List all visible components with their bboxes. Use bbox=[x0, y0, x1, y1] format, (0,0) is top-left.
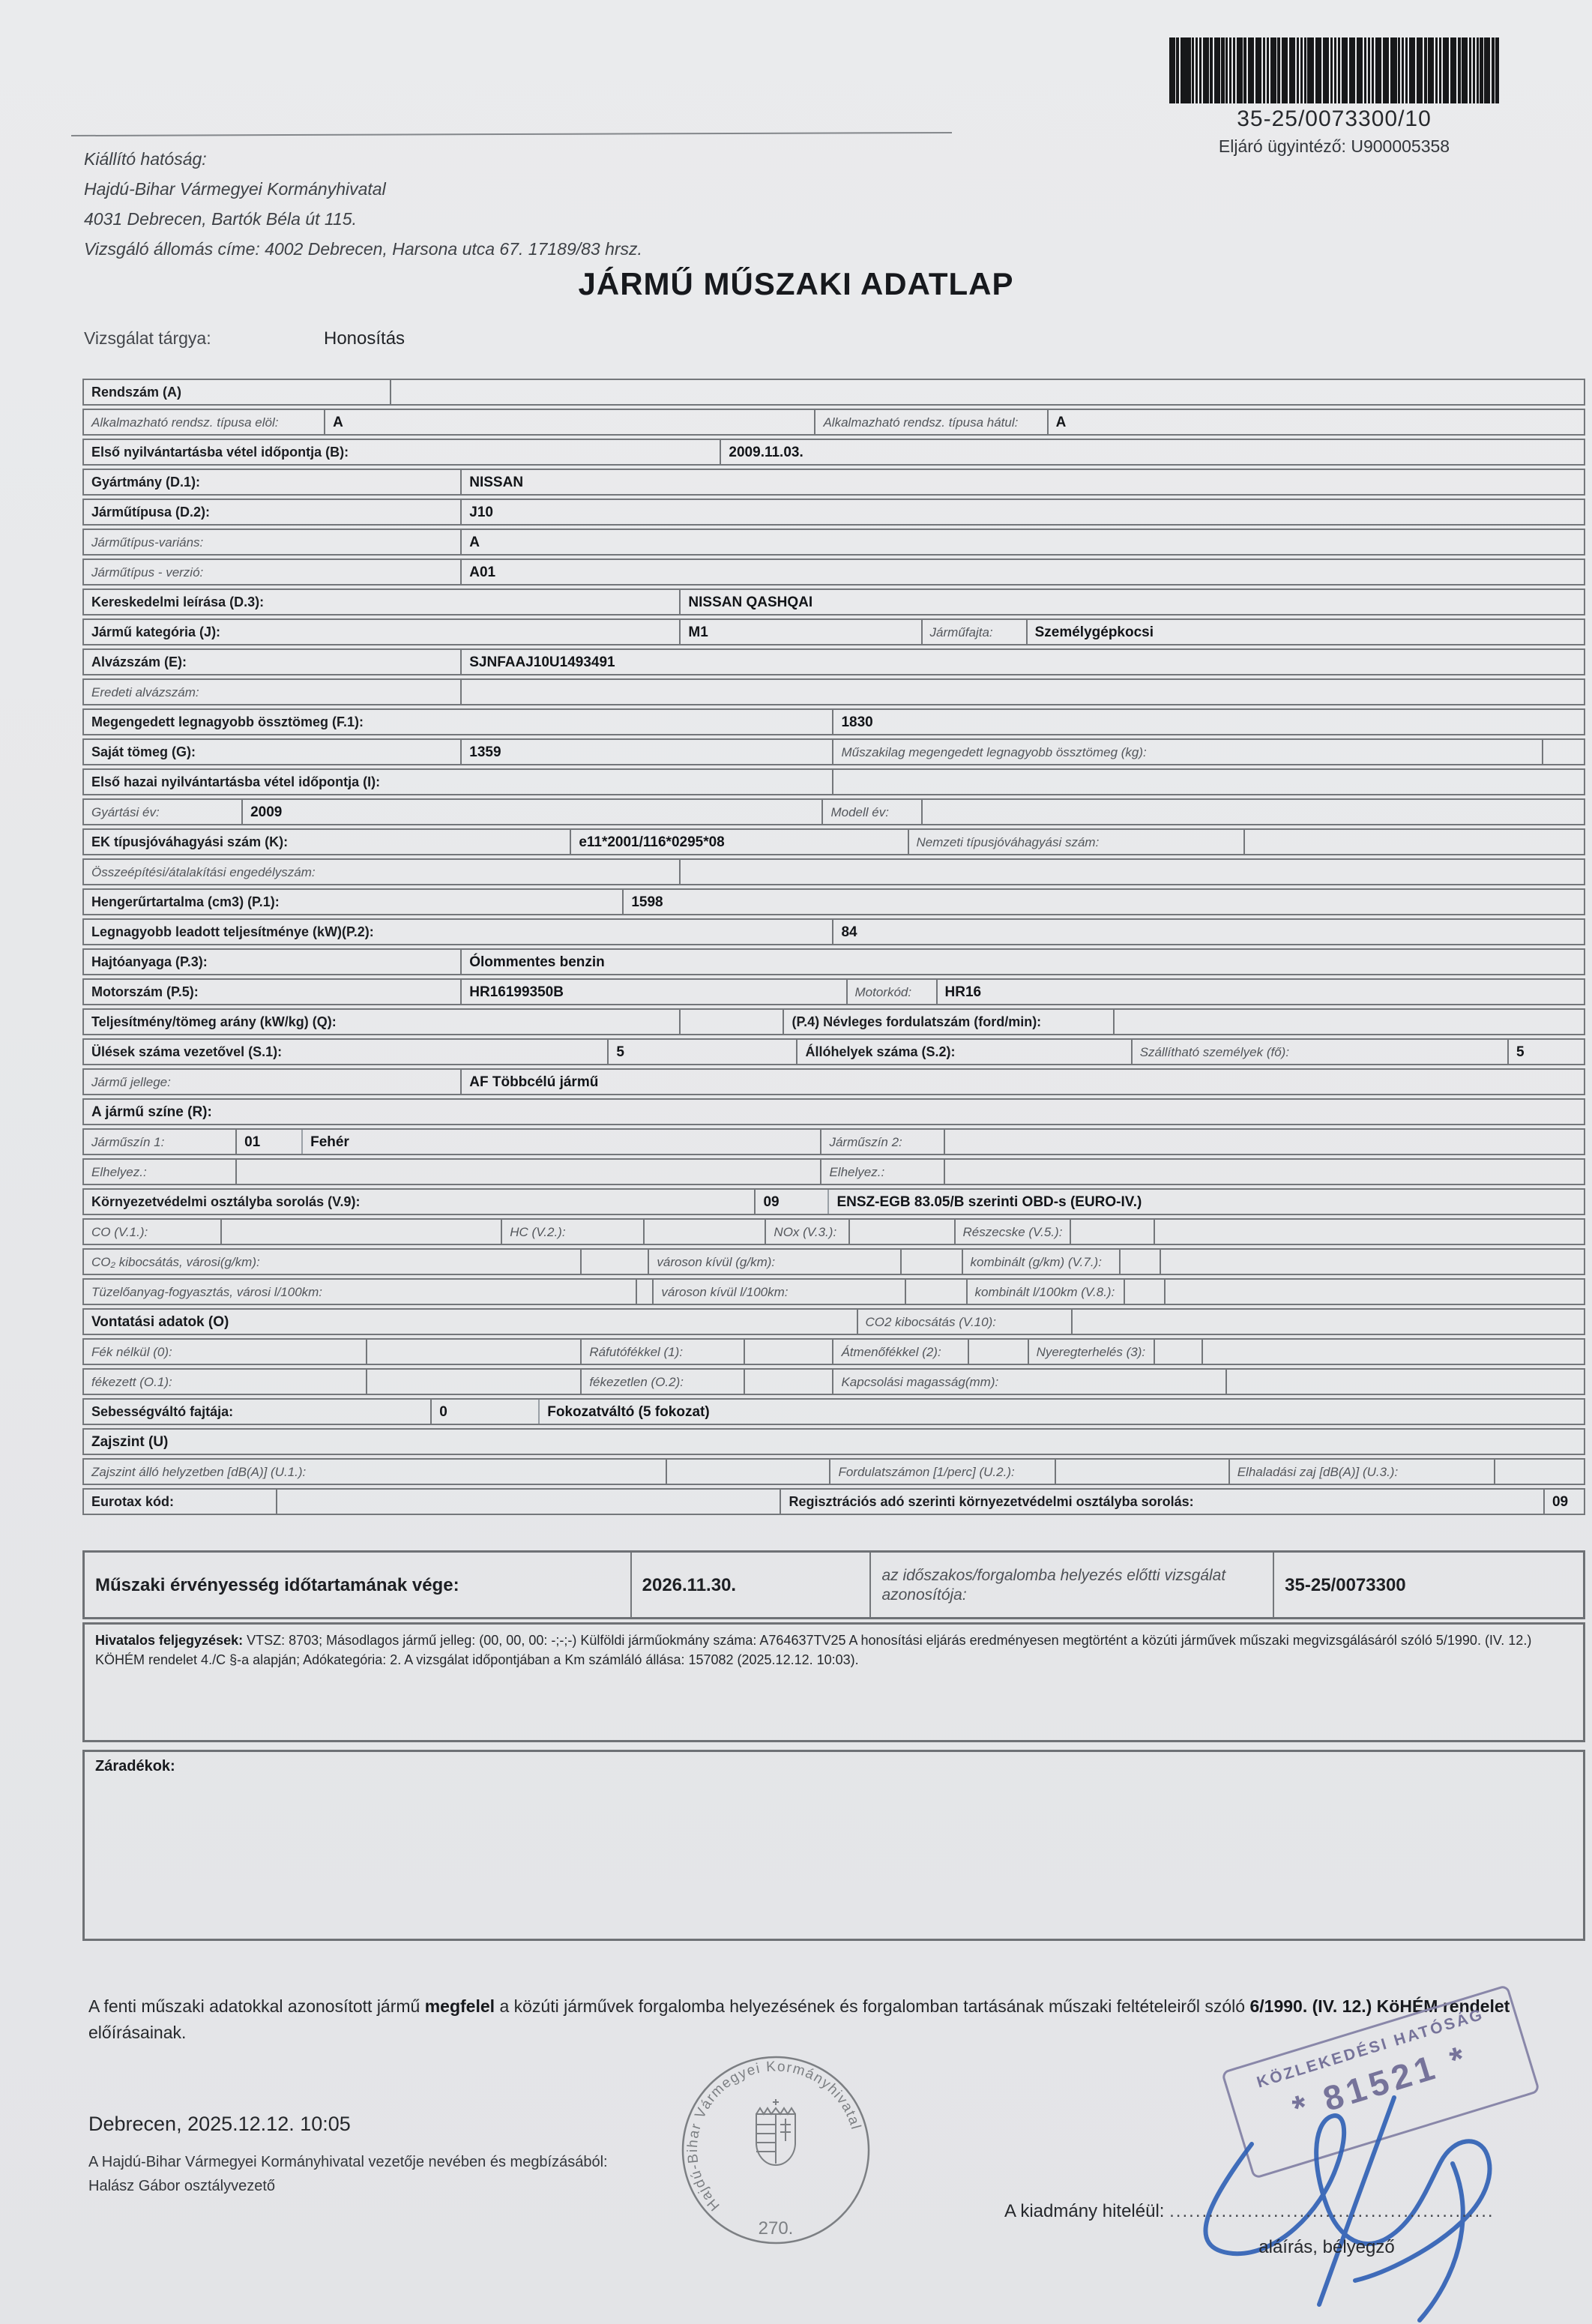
nevleges-fordulat-value bbox=[1113, 1010, 1584, 1034]
max-telj-value: 84 bbox=[832, 920, 1584, 944]
tipus-elol-value: A bbox=[324, 410, 814, 434]
exam-id-label: az időszakos/forgalomba helyezés előtti … bbox=[869, 1553, 1273, 1617]
official-notes-block: Hivatalos feljegyzések: VTSZ: 8703; Máso… bbox=[82, 1622, 1585, 1742]
round-seal-stamp: Hajdú-Bihar Vármegyei Kormányhivatal 270… bbox=[671, 2045, 881, 2255]
elhelyez2-value bbox=[944, 1160, 1584, 1184]
row-max-teljesitmeny: Legnagyobb leadott teljesítménye (kW)(P.… bbox=[82, 918, 1585, 945]
scanned-vehicle-datasheet: Kiállító hatóság: Hajdú-Bihar Vármegyei … bbox=[0, 0, 1592, 2324]
reszecske-label: Részecske (V.5.): bbox=[954, 1220, 1070, 1244]
sajat-tomeg-value: 1359 bbox=[460, 740, 832, 764]
row-szin-header: A jármű színe (R): bbox=[82, 1098, 1585, 1125]
rafutofek-label: Ráfutófékkel (1): bbox=[580, 1340, 744, 1364]
vehicle-data-table: Rendszám (A) Alkalmazható rendsz. típusa… bbox=[82, 379, 1585, 1518]
vontatas-header-label: Vontatási adatok (O) bbox=[84, 1310, 857, 1334]
max-telj-label: Legnagyobb leadott teljesítménye (kW)(P.… bbox=[84, 920, 832, 944]
row-elhelyez: Elhelyez.: Elhelyez.: bbox=[82, 1158, 1585, 1185]
row-fekezett: fékezett (O.1): fékezetlen (O.2): Kapcso… bbox=[82, 1368, 1585, 1395]
exam-subject-label: Vizsgálat tárgya: bbox=[84, 328, 211, 348]
hc-label: HC (V.2.): bbox=[501, 1220, 643, 1244]
co2-kivul-value bbox=[900, 1250, 962, 1274]
fek-nelkul-label: Fék nélkül (0): bbox=[84, 1340, 366, 1364]
official-notes-text: VTSZ: 8703; Másodlagos jármű jelleg: (00… bbox=[95, 1633, 1531, 1667]
varians-value: A bbox=[460, 530, 1584, 554]
row-eredeti-alvazszam: Eredeti alvázszám: bbox=[82, 678, 1585, 705]
nox-label: NOx (V.3.): bbox=[765, 1220, 848, 1244]
elhelyez1-label: Elhelyez.: bbox=[84, 1160, 235, 1184]
station-address: Vizsgáló állomás címe: 4002 Debrecen, Ha… bbox=[84, 234, 642, 264]
statement-part1: A fenti műszaki adatokkal azonosított já… bbox=[88, 1996, 425, 2016]
ulesek-label: Ülések száma vezetővel (S.1): bbox=[84, 1040, 607, 1064]
validity-label: Műszaki érvényesség időtartamának vége: bbox=[85, 1553, 630, 1617]
row-alvazszam: Alvázszám (E): SJNFAAJ10U1493491 bbox=[82, 648, 1585, 675]
co2-v10-value bbox=[1071, 1310, 1584, 1334]
co2-empty bbox=[1160, 1250, 1584, 1274]
szallithato-value: 5 bbox=[1507, 1040, 1584, 1064]
reszecske-value bbox=[1070, 1220, 1154, 1244]
rendszam-label: Rendszám (A) bbox=[84, 380, 390, 404]
elhelyez1-value bbox=[235, 1160, 820, 1184]
co2-varosi-label: CO₂ kibocsátás, városi(g/km): bbox=[84, 1250, 580, 1274]
gyartmany-label: Gyártmány (D.1): bbox=[84, 470, 460, 494]
verzio-label: Járműtípus - verzió: bbox=[84, 560, 460, 584]
motorszam-value: HR16199350B bbox=[460, 980, 845, 1004]
ek-szam-value: e11*2001/116*0295*08 bbox=[570, 830, 907, 854]
keresk-label: Kereskedelmi leírása (D.3): bbox=[84, 590, 679, 614]
signer-block: A Hajdú-Bihar Vármegyei Kormányhivatal v… bbox=[88, 2150, 608, 2198]
signature-caption: aláírás, bélyegző bbox=[1169, 2237, 1484, 2258]
nevleges-fordulat-label: (P.4) Névleges fordulatszám (ford/min): bbox=[783, 1010, 1112, 1034]
row-hengerurtartalom: Hengerűrtartalma (cm3) (P.1): 1598 bbox=[82, 888, 1585, 915]
kategoria-label: Jármű kategória (J): bbox=[84, 620, 679, 644]
zajszint-allo-label: Zajszint álló helyzetben [dB(A)] (U.1.): bbox=[84, 1460, 666, 1484]
row-osszeepitesi: Összeépítési/átalakítási engedélyszám: bbox=[82, 858, 1585, 885]
row-emisszio: CO (V.1.): HC (V.2.): NOx (V.3.): Részec… bbox=[82, 1218, 1585, 1245]
nox-value bbox=[848, 1220, 953, 1244]
row-co2: CO₂ kibocsátás, városi(g/km): városon kí… bbox=[82, 1248, 1585, 1275]
compliance-statement: A fenti műszaki adatokkal azonosított já… bbox=[88, 1993, 1528, 2045]
szin1-label: Járműszín 1: bbox=[84, 1130, 235, 1154]
jarmutipus-value: J10 bbox=[460, 500, 1584, 524]
verzio-value: A01 bbox=[460, 560, 1584, 584]
row-kereskedelmi: Kereskedelmi leírása (D.3): NISSAN QASHQ… bbox=[82, 588, 1585, 615]
gyartasi-ev-label: Gyártási év: bbox=[84, 800, 241, 824]
muszaki-ossztomeg-value bbox=[1542, 740, 1584, 764]
attest-label: A kiadmány hiteléül: bbox=[1004, 2201, 1164, 2221]
seal-number: 270. bbox=[759, 2218, 794, 2239]
row-zajszint-header: Zajszint (U) bbox=[82, 1428, 1585, 1455]
row-ulesek: Ülések száma vezetővel (S.1): 5 Állóhely… bbox=[82, 1038, 1585, 1065]
co2-varosi-value bbox=[580, 1250, 648, 1274]
hc-value bbox=[643, 1220, 765, 1244]
nyeregterheles-label: Nyeregterhelés (3): bbox=[1028, 1340, 1154, 1364]
row-hajtoanyag: Hajtóanyaga (P.3): Ólommentes benzin bbox=[82, 948, 1585, 975]
hajtoanyag-value: Ólommentes benzin bbox=[460, 950, 1584, 974]
sebvalto-leiras: Fokozatváltó (5 fokozat) bbox=[538, 1400, 1584, 1424]
co-value bbox=[220, 1220, 501, 1244]
kornyezet-kod: 09 bbox=[754, 1190, 827, 1214]
coat-of-arms-icon bbox=[756, 2099, 795, 2165]
osszeepitesi-label: Összeépítési/átalakítási engedélyszám: bbox=[84, 860, 679, 884]
row-szin1: Járműszín 1: 01 Fehér Járműszín 2: bbox=[82, 1128, 1585, 1155]
sebvalto-label: Sebességváltó fajtája: bbox=[84, 1400, 430, 1424]
ossztomeg-value: 1830 bbox=[832, 710, 1584, 734]
elso-hazai-value bbox=[832, 770, 1584, 794]
eredeti-alvaz-value bbox=[460, 680, 1584, 704]
muszaki-ossztomeg-label: Műszakilag megengedett legnagyobb össztö… bbox=[832, 740, 1541, 764]
issue-date-line: Debrecen, 2025.12.12. 10:05 bbox=[88, 2113, 351, 2136]
jelleg-value: AF Többcélú jármű bbox=[460, 1070, 1584, 1094]
hengerur-value: 1598 bbox=[622, 890, 1584, 914]
row-jarmutipus: Járműtípusa (D.2): J10 bbox=[82, 499, 1585, 526]
row-elso-nyilvantartas: Első nyilvántartásba vétel időpontja (B)… bbox=[82, 439, 1585, 466]
szin1-kod: 01 bbox=[235, 1130, 301, 1154]
fogyasztas-varosi-label: Tüzelőanyag-fogyasztás, városi l/100km: bbox=[84, 1280, 636, 1304]
kornyezet-label: Környezetvédelmi osztályba sorolás (V.9)… bbox=[84, 1190, 754, 1214]
osszeepitesi-value bbox=[679, 860, 1584, 884]
behalf-line: A Hajdú-Bihar Vármegyei Kormányhivatal v… bbox=[88, 2150, 608, 2174]
barcode-number: 35-25/0073300/10 bbox=[1166, 106, 1503, 132]
rafutofek-value bbox=[744, 1340, 832, 1364]
alvazszam-value: SJNFAAJ10U1493491 bbox=[460, 650, 1584, 674]
validity-value: 2026.11.30. bbox=[630, 1553, 870, 1617]
barcode-block: 35-25/0073300/10 Eljáró ügyintéző: U9000… bbox=[1166, 37, 1503, 157]
row-vontatas: Vontatási adatok (O) CO2 kibocsátás (V.1… bbox=[82, 1308, 1585, 1335]
fek-nelkul-value bbox=[366, 1340, 580, 1364]
hajtoanyag-label: Hajtóanyaga (P.3): bbox=[84, 950, 460, 974]
fekezetlen-value bbox=[744, 1370, 832, 1394]
row-sajat-tomeg: Saját tömeg (G): 1359 Műszakilag megenge… bbox=[82, 738, 1585, 765]
motorkod-value: HR16 bbox=[936, 980, 1584, 1004]
co2-kombinalt-label: kombinált (g/km) (V.7.): bbox=[962, 1250, 1119, 1274]
eredeti-alvaz-label: Eredeti alvázszám: bbox=[84, 680, 460, 704]
jarmufajta-label: Járműfajta: bbox=[921, 620, 1026, 644]
fogyasztas-varosi-value bbox=[636, 1280, 652, 1304]
official-notes-label: Hivatalos feljegyzések: bbox=[95, 1633, 243, 1648]
elhelyez2-label: Elhelyez.: bbox=[820, 1160, 943, 1184]
kornyezet-leiras: ENSZ-EGB 83.05/B szerinti OBD-s (EURO-IV… bbox=[827, 1190, 1584, 1214]
row-gyartmany: Gyártmány (D.1): NISSAN bbox=[82, 469, 1585, 496]
row-zajszint: Zajszint álló helyzetben [dB(A)] (U.1.):… bbox=[82, 1458, 1585, 1485]
attest-line: A kiadmány hiteléül: ...................… bbox=[1004, 2201, 1495, 2222]
validity-block: Műszaki érvényesség időtartamának vége: … bbox=[82, 1550, 1585, 1619]
atmenofek-value bbox=[968, 1340, 1028, 1364]
row-rendszam: Rendszám (A) bbox=[82, 379, 1585, 406]
clauses-block: Záradékok: bbox=[82, 1750, 1585, 1941]
szin-header-label: A jármű színe (R): bbox=[84, 1100, 1584, 1124]
jarmutipus-label: Járműtípusa (D.2): bbox=[84, 500, 460, 524]
sebvalto-kod: 0 bbox=[430, 1400, 538, 1424]
row-sebessegvalto: Sebességváltó fajtája: 0 Fokozatváltó (5… bbox=[82, 1398, 1585, 1425]
header-divider bbox=[71, 132, 952, 136]
row-fogyasztas: Tüzelőanyag-fogyasztás, városi l/100km: … bbox=[82, 1278, 1585, 1305]
kategoria-value: M1 bbox=[679, 620, 920, 644]
eurotax-value bbox=[276, 1490, 780, 1514]
row-motorszam: Motorszám (P.5): HR16199350B Motorkód: H… bbox=[82, 978, 1585, 1005]
telj-tomeg-value bbox=[679, 1010, 783, 1034]
nyeregterheles-value bbox=[1154, 1340, 1201, 1364]
fogyasztas-kivul-label: városon kívül l/100km: bbox=[652, 1280, 904, 1304]
row-ek-tipusjovahagyas: EK típusjóváhagyási szám (K): e11*2001/1… bbox=[82, 828, 1585, 855]
ulesek-value: 5 bbox=[607, 1040, 796, 1064]
zajszint-header-label: Zajszint (U) bbox=[84, 1430, 1584, 1454]
signer-name: Halász Gábor osztályvezető bbox=[88, 2174, 608, 2198]
motorszam-label: Motorszám (P.5): bbox=[84, 980, 460, 1004]
exam-subject-row: Vizsgálat tárgya: Honosítás bbox=[84, 328, 211, 349]
statement-part3: előírásainak. bbox=[88, 2023, 186, 2042]
issuer-label: Kiállító hatóság: bbox=[84, 144, 642, 174]
row-varians: Járműtípus-variáns: A bbox=[82, 529, 1585, 556]
eurotax-label: Eurotax kód: bbox=[84, 1490, 276, 1514]
szin2-value bbox=[944, 1130, 1584, 1154]
telj-tomeg-label: Teljesítmény/tömeg arány (kW/kg) (Q): bbox=[84, 1010, 679, 1034]
motorkod-label: Motorkód: bbox=[846, 980, 936, 1004]
issuer-address: 4031 Debrecen, Bartók Béla út 115. bbox=[84, 204, 642, 234]
szallithato-label: Szállítható személyek (fő): bbox=[1131, 1040, 1507, 1064]
tipus-hatul-value: A bbox=[1047, 410, 1584, 434]
co2-kivul-label: városon kívül (g/km): bbox=[648, 1250, 899, 1274]
rendszam-value bbox=[390, 380, 1584, 404]
allohelyek-label: Állóhelyek száma (S.2): bbox=[796, 1040, 1130, 1064]
row-verzio: Járműtípus - verzió: A01 bbox=[82, 559, 1585, 585]
fogyasztas-kombinalt-value bbox=[1124, 1280, 1164, 1304]
modell-ev-value bbox=[921, 800, 1584, 824]
jarmufajta-value: Személygépkocsi bbox=[1026, 620, 1584, 644]
co2-v10-label: CO2 kibocsátás (V.10): bbox=[857, 1310, 1071, 1334]
nemzeti-szam-value bbox=[1243, 830, 1584, 854]
case-officer-value: U900005358 bbox=[1351, 136, 1450, 156]
emisszio-empty bbox=[1154, 1220, 1584, 1244]
exam-subject-value: Honosítás bbox=[324, 328, 405, 349]
gyartasi-ev-value: 2009 bbox=[241, 800, 821, 824]
case-officer-label: Eljáró ügyintéző: bbox=[1219, 136, 1346, 156]
issuer-block: Kiállító hatóság: Hajdú-Bihar Vármegyei … bbox=[84, 144, 642, 264]
kapcsolasi-magassag-value bbox=[1225, 1370, 1584, 1394]
clauses-label: Záradékok: bbox=[95, 1758, 175, 1774]
row-kategoria: Jármű kategória (J): M1 Járműfajta: Szem… bbox=[82, 618, 1585, 645]
row-jelleg: Jármű jellege: AF Többcélú jármű bbox=[82, 1068, 1585, 1095]
szin1-nev: Fehér bbox=[301, 1130, 820, 1154]
varians-label: Járműtípus-variáns: bbox=[84, 530, 460, 554]
hengerur-label: Hengerűrtartalma (cm3) (P.1): bbox=[84, 890, 622, 914]
row-kornyezetvedelmi: Környezetvédelmi osztályba sorolás (V.9)… bbox=[82, 1188, 1585, 1215]
regado-label: Regisztrációs adó szerinti környezetvéde… bbox=[780, 1490, 1543, 1514]
page-title: JÁRMŰ MŰSZAKI ADATLAP bbox=[0, 266, 1592, 302]
fordulatszamon-value bbox=[1055, 1460, 1228, 1484]
row-teljesitmeny-tomeg: Teljesítmény/tömeg arány (kW/kg) (Q): (P… bbox=[82, 1008, 1585, 1035]
regado-value: 09 bbox=[1543, 1490, 1584, 1514]
statement-bold-megfelel: megfelel bbox=[425, 1996, 495, 2016]
ek-szam-label: EK típusjóváhagyási szám (K): bbox=[84, 830, 570, 854]
atmenofek-label: Átmenőfékkel (2): bbox=[832, 1340, 967, 1364]
tipus-hatul-label: Alkalmazható rendsz. típusa hátul: bbox=[814, 410, 1046, 434]
attest-dotted-line: ........................................… bbox=[1169, 2201, 1494, 2221]
fekezett-label: fékezett (O.1): bbox=[84, 1370, 366, 1394]
row-eurotax: Eurotax kód: Regisztrációs adó szerinti … bbox=[82, 1488, 1585, 1515]
row-fek: Fék nélkül (0): Ráfutófékkel (1): Átmenő… bbox=[82, 1338, 1585, 1365]
row-ossztomeg: Megengedett legnagyobb össztömeg (F.1): … bbox=[82, 708, 1585, 735]
row-gyartasi-ev: Gyártási év: 2009 Modell év: bbox=[82, 798, 1585, 825]
jelleg-label: Jármű jellege: bbox=[84, 1070, 460, 1094]
row-elso-hazai: Első hazai nyilvántartásba vétel időpont… bbox=[82, 768, 1585, 795]
case-officer-line: Eljáró ügyintéző: U900005358 bbox=[1166, 136, 1503, 157]
fordulatszamon-label: Fordulatszámon [1/perc] (U.2.): bbox=[829, 1460, 1054, 1484]
keresk-value: NISSAN QASHQAI bbox=[679, 590, 1584, 614]
fekezetlen-label: fékezetlen (O.2): bbox=[580, 1370, 744, 1394]
nemzeti-szam-label: Nemzeti típusjóváhagyási szám: bbox=[908, 830, 1243, 854]
row-rendszam-tipus: Alkalmazható rendsz. típusa elöl: A Alka… bbox=[82, 409, 1585, 436]
zajszint-allo-value bbox=[666, 1460, 829, 1484]
issuer-name: Hajdú-Bihar Vármegyei Kormányhivatal bbox=[84, 174, 642, 204]
statement-part2: a közúti járművek forgalomba helyezéséne… bbox=[495, 1996, 1249, 2016]
fogyasztas-empty bbox=[1164, 1280, 1588, 1304]
gyartmany-value: NISSAN bbox=[460, 470, 1584, 494]
modell-ev-label: Modell év: bbox=[821, 800, 920, 824]
sajat-tomeg-label: Saját tömeg (G): bbox=[84, 740, 460, 764]
co-label: CO (V.1.): bbox=[84, 1220, 220, 1244]
elso-nyilv-label: Első nyilvántartásba vétel időpontja (B)… bbox=[84, 440, 720, 464]
elso-hazai-label: Első hazai nyilvántartásba vétel időpont… bbox=[84, 770, 832, 794]
ossztomeg-label: Megengedett legnagyobb össztömeg (F.1): bbox=[84, 710, 832, 734]
co2-kombinalt-value bbox=[1119, 1250, 1160, 1274]
fogyasztas-kivul-value bbox=[905, 1280, 966, 1304]
exam-id-value: 35-25/0073300 bbox=[1273, 1553, 1583, 1617]
kapcsolasi-magassag-label: Kapcsolási magasság(mm): bbox=[832, 1370, 1225, 1394]
elso-nyilv-value: 2009.11.03. bbox=[720, 440, 1584, 464]
fogyasztas-kombinalt-label: kombinált l/100km (V.8.): bbox=[966, 1280, 1124, 1304]
elhaladasi-zaj-value bbox=[1494, 1460, 1584, 1484]
szin2-label: Járműszín 2: bbox=[820, 1130, 943, 1154]
fek-empty bbox=[1201, 1340, 1584, 1364]
barcode-image bbox=[1169, 37, 1499, 103]
alvazszam-label: Alvázszám (E): bbox=[84, 650, 460, 674]
elhaladasi-zaj-label: Elhaladási zaj [dB(A)] (U.3.): bbox=[1228, 1460, 1494, 1484]
fekezett-value bbox=[366, 1370, 580, 1394]
tipus-elol-label: Alkalmazható rendsz. típusa elöl: bbox=[84, 410, 324, 434]
